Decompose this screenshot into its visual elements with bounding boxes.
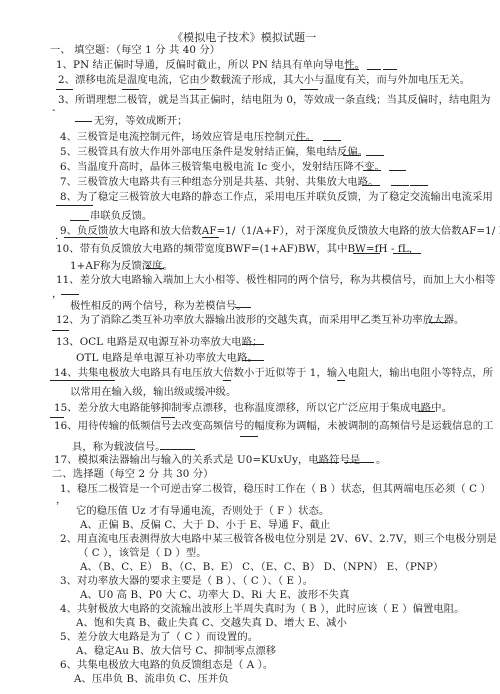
answer-blank [353, 253, 380, 254]
stray-mark: ， [56, 494, 66, 507]
answer-blank [337, 380, 345, 381]
section2-heading: 二、选择题（每空 2 分 共 30 分） [52, 468, 214, 481]
fill-item-10: 10、带有负反馈放大电路的频带宽度BWF=(1+AF)BW，其中BW=fH - … [56, 243, 419, 256]
fill-item-14: 14、共集电极放大电路具有电压放大倍数小于近似等于 1，输入电阻大，输出电阻小等… [54, 367, 493, 380]
section1-heading: 一、 填空题：（每空 1 分 共 40 分） [50, 44, 220, 57]
answer-blank [391, 185, 409, 186]
answer-blank [343, 155, 361, 156]
answer-blank [223, 380, 231, 381]
fill-item-12: 12、为了消除乙类互补功率放大器输出波形的交越失真，而采用甲乙类互补功率放大器。 [56, 314, 464, 327]
answer-blank [64, 237, 108, 238]
fill-item-16-cont: 具，称为载波信号。 [72, 441, 166, 454]
choice-item-1-cont: 它的稳压值 Uz 才有导通电流，否则处于（ F ）状态。 [76, 505, 329, 518]
fill-item-13: 13、OCL 电路是双电源互补功率放大电路； [56, 336, 262, 349]
answer-blank [146, 268, 164, 269]
choice-item-2-options: A、（B、C、E） B、（C、B、E） C、（E、C、B） D、（NPN） E、… [80, 561, 443, 574]
answer-blank [362, 185, 380, 186]
fill-item-8: 8、为了稳定三极管放大电路的静态工作点，采用电压并联负反馈，为了稳定交流输出电流… [60, 191, 493, 204]
answer-blank [189, 89, 206, 90]
fill-item-16: 16、用待传输的低频信号去改变高频信号的幅度称为调幅，未被调制的高频信号是运载信… [54, 420, 494, 433]
stray-mark: - [52, 104, 56, 117]
choice-item-1: 1、稳压二极管是一个可逆击穿二极管，稳压时工作在（ B ）状态，但其两端电压必须… [60, 483, 491, 496]
answer-blank [344, 462, 374, 463]
answer-blank [61, 294, 79, 295]
fill-item-15: 15、差分放大电路能够抑制零点漂移，也称温度漂移，所以它广泛应用于集成电路中。 [54, 402, 452, 415]
choice-item-5-options: A、稳定Au B、放大信号 C、抑制零点漂移 [76, 645, 276, 658]
fill-item-11-cont: 极性相反的两个信号，称为差模信号。 [70, 300, 247, 313]
answer-blank [50, 380, 115, 381]
answer-blank [70, 220, 89, 221]
fill-item-4: 4、三极管是电流控制元件，场效应管是电压控制元件。 [60, 131, 316, 144]
choice-item-6-options: A、压串负 B、流串负 C、压并负 [74, 673, 229, 686]
answer-blank [389, 170, 406, 171]
choice-item-1-options: A、正偏 B、反偏 C、大于 D、小于 E、导通 F、截止 [80, 519, 330, 532]
answer-blank [240, 436, 258, 437]
answer-blank [363, 170, 381, 171]
answer-blank [317, 462, 339, 463]
choice-item-3-options: A、U0 高 B、P0 大 C、功率大 D、Ri 大 E、波形不失真 [80, 589, 349, 602]
answer-blank [242, 344, 264, 345]
answer-blank [50, 417, 64, 418]
answer-blank [323, 140, 341, 141]
answer-blank [345, 69, 359, 70]
answer-blank [56, 205, 93, 206]
answer-blank [300, 89, 318, 90]
fill-item-9: 9、负反馈放大电路和放大倍数AF=1/（1/A+F），对于深度负反馈放大电路的放… [60, 225, 500, 238]
choice-item-3: 3、对功率放大器的要求主要是（ B ）、（ C ）、（ E ）。 [60, 575, 313, 588]
stray-mark: 。 [376, 454, 386, 467]
fill-item-7: 7、三极管放大电路共有三种组态分别是共基、共射、共集放大电路。 [60, 176, 379, 189]
fill-item-17: 17、模拟乘法器输出与输入的关系式是 U0=KUxUy，电路符号是 [54, 454, 360, 467]
choice-item-6: 6、共集电极放大电路的负反馈组态是（ A ）。 [60, 659, 273, 672]
answer-blank [410, 185, 428, 186]
fill-item-13-cont: OTL 电路是单电源互补功率放大电路。 [76, 352, 258, 365]
fill-item-8-cont: 串联负反馈。 [90, 210, 152, 223]
exam-page: 《模拟电子技术》模拟试题一 一、 填空题：（每空 1 分 共 40 分） 1、P… [0, 0, 500, 694]
choice-item-2-cont: （ C ），该管是（ D ）型。 [78, 547, 207, 560]
answer-blank [366, 155, 384, 156]
answer-blank [202, 237, 219, 238]
fill-item-6: 6、当温度升高时，晶体三极管集电极电流 Ic 变小，发射结压降不变。 [60, 161, 385, 174]
fill-item-14-cont: 以常用在输入级，输出级或缓冲级。 [70, 386, 236, 399]
answer-blank [52, 330, 69, 331]
answer-blank [75, 121, 92, 122]
answer-blank [122, 89, 139, 90]
fill-item-11: 11、差分放大电路输入端加上大小相等、极性相同的两个信号，称为共模信号，而加上大… [56, 274, 496, 287]
answer-blank [418, 411, 435, 412]
fill-item-1: 1、PN 结正偏时导通，反偏时截止，所以 PN 结具有单向导电性。 [56, 59, 365, 72]
choice-item-2: 2、用直流电压表测得放大电路中某三极管各极电位分别是 2V、6V、2.7V，则三… [60, 533, 497, 546]
fill-item-5: 5、三极管具有放大作用外部电压条件是发射结正偏，集电结反偏。 [60, 146, 368, 159]
answer-blank [235, 307, 251, 308]
answer-blank [295, 140, 313, 141]
fill-item-2: 2、漂移电流是温度电流，它由少数载流子形成，其大小与温度有关，而与外加电压无关。 [58, 74, 470, 87]
fill-item-3: 3、所谓理想二极管，就是当其正偏时，结电阻为 0，等效成一条直线；当其反偏时，结… [58, 94, 491, 107]
answer-blank [242, 360, 264, 361]
answer-blank [161, 417, 175, 418]
choice-item-4: 4、共射极放大电路的交流输出波形上半周失真时为（ B ），此时应该（ E ）偏置… [60, 603, 465, 616]
answer-blank [429, 322, 447, 323]
choice-item-5: 5、差分放大电路是为了（ C ）而设置的。 [60, 631, 258, 644]
answer-blank [56, 89, 73, 90]
answer-blank [367, 69, 381, 70]
fill-item-10-cont: 1+AF称为反馈深度。 [70, 260, 173, 273]
choice-item-4-options: A、饱和失真 B、截止失真 C、交越失真 D、增大 E、减小 [76, 617, 347, 630]
document-title: 《模拟电子技术》模拟试题一 [172, 31, 316, 44]
answer-blank [393, 253, 421, 254]
fill-item-3-cont: 无穷，等效成断开； [94, 115, 188, 128]
answer-blank [160, 449, 195, 450]
answer-blank [383, 69, 397, 70]
